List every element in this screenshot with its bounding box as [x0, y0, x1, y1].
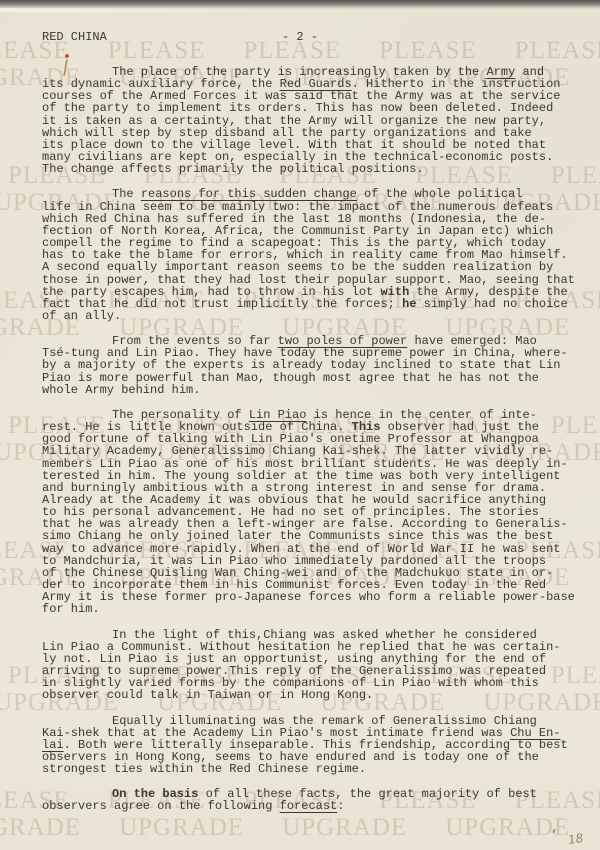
paragraph: The personality of Lin Piao is hence in …	[42, 409, 578, 616]
text-line: strongest ties within the Red Chinese re…	[42, 763, 578, 775]
paragraph: From the events so far two poles of powe…	[42, 335, 578, 396]
text-line: whole Army behind him.	[42, 384, 578, 396]
text-line: observer could talk in Taiwan or in Hong…	[42, 689, 578, 701]
text-line: for him.	[42, 603, 578, 615]
text-line: Army it is these former pro-Japanese for…	[42, 591, 578, 603]
document-title: RED CHINA	[42, 30, 107, 44]
text-line: observers agree on the following forecas…	[42, 800, 578, 812]
red-ink-mark-icon	[57, 50, 75, 80]
document-header: RED CHINA - 2 -	[42, 30, 578, 44]
text-line: of an ally.	[42, 310, 578, 322]
text-line: fact that he did not trust implicitly th…	[42, 298, 578, 310]
typewritten-text: The place of the party is increasingly t…	[42, 66, 578, 826]
scan-edge-highlight	[0, 8, 420, 12]
pencil-dot	[552, 829, 555, 833]
paragraph: The reasons for this sudden change of th…	[42, 188, 578, 322]
paragraph: On the basis of all these facts, the gre…	[42, 788, 578, 812]
paragraph: Equally illuminating was the remark of G…	[42, 715, 578, 776]
document-content: RED CHINA - 2 - The place of the party i…	[0, 0, 600, 850]
paragraph: The place of the party is increasingly t…	[42, 66, 578, 175]
scanned-document-page: PLEASEPLEASEPLEASEPLEASEPLEASEPLEASEUPGR…	[0, 0, 600, 850]
text-line: The change affects primarily the politic…	[42, 163, 578, 175]
paragraph: In the light of this,Chiang was asked wh…	[42, 629, 578, 702]
handwritten-page-note: 18	[567, 831, 584, 847]
page-number: - 2 -	[282, 30, 318, 44]
